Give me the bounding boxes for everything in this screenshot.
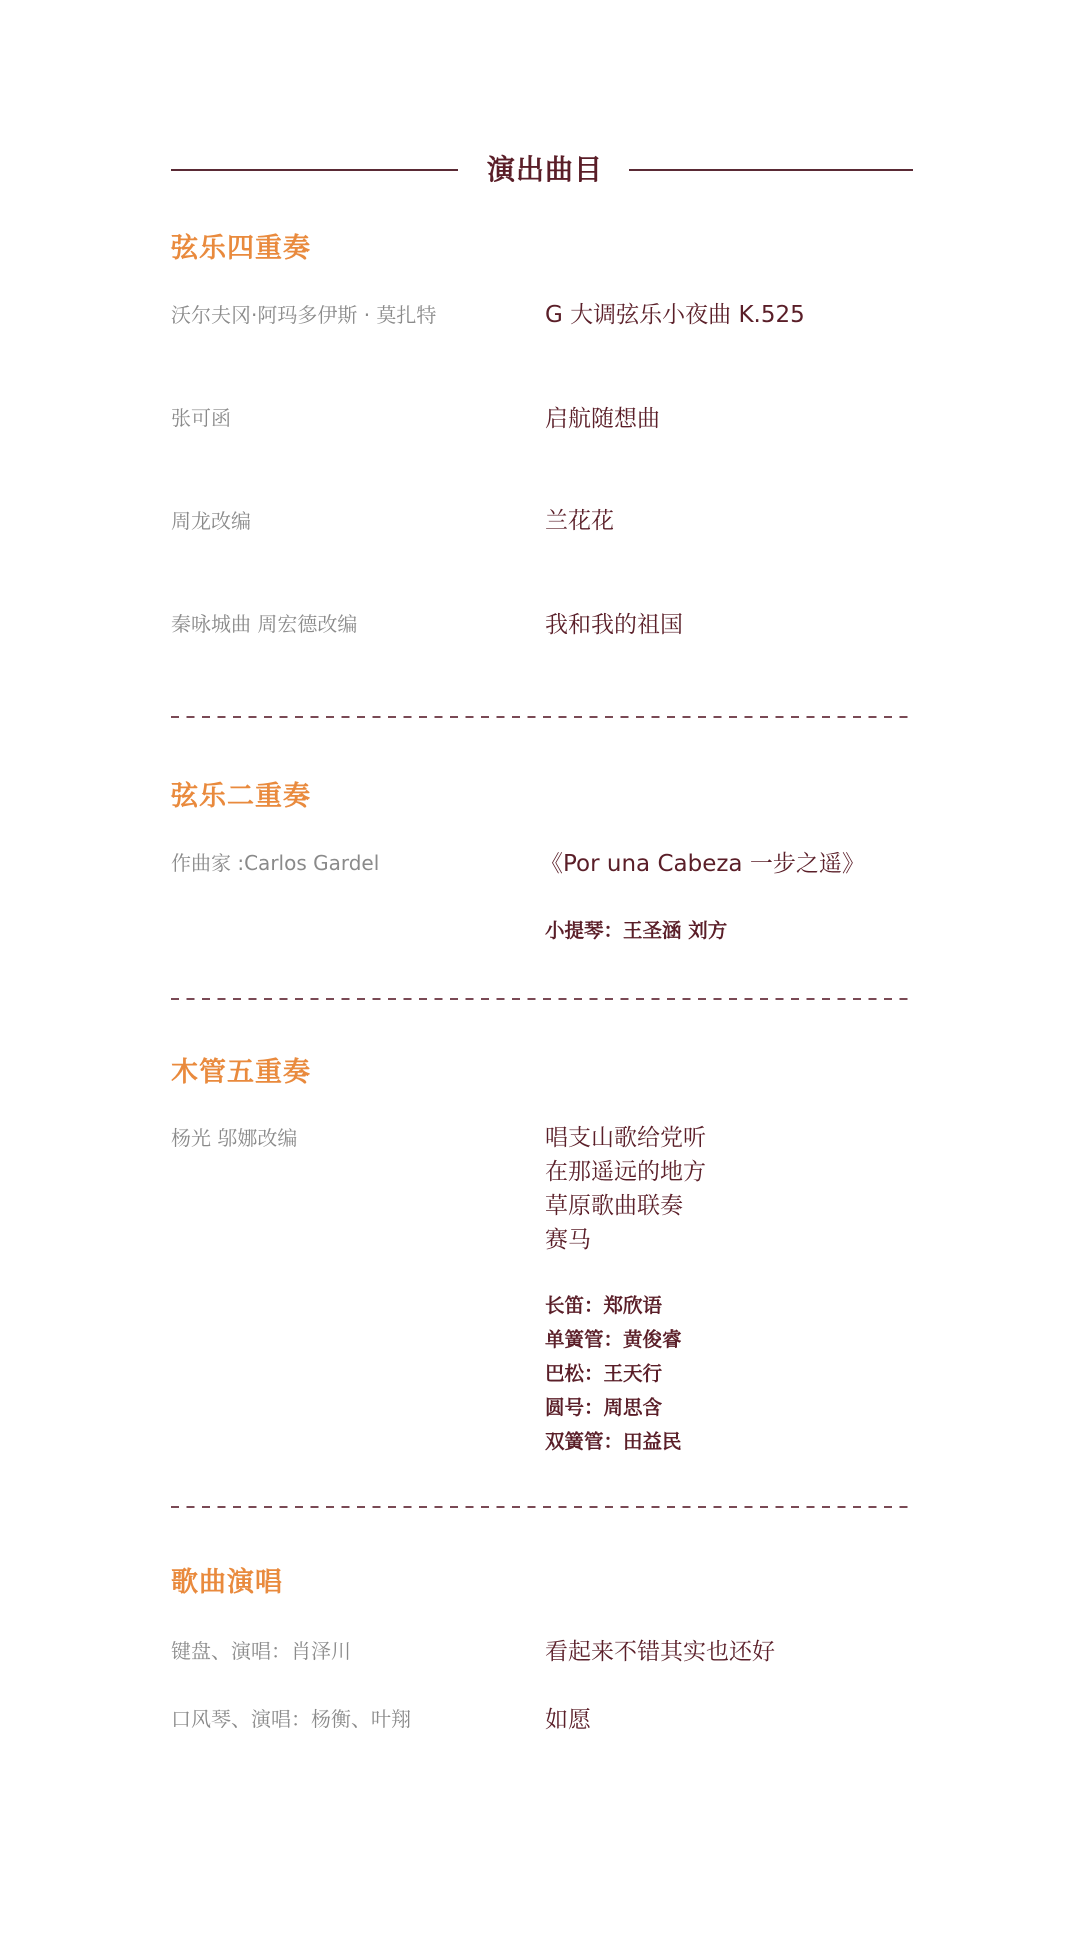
composer: 秦咏城曲 周宏德改编 <box>171 611 357 637</box>
section-heading: 木管五重奏 <box>171 1056 311 1090</box>
performer-line: 双簧管：田益民 <box>545 1429 682 1455</box>
piece-title: 我和我的祖国 <box>545 610 683 640</box>
section-heading: 歌曲演唱 <box>171 1566 283 1600</box>
piece-title: 启航随想曲 <box>545 404 660 434</box>
performer-line: 小提琴：王圣涵 刘方 <box>545 918 727 944</box>
performer-line: 单簧管：黄俊睿 <box>545 1327 682 1353</box>
dashed-divider <box>171 998 915 1000</box>
piece-title: 《Por una Cabeza 一步之遥》 <box>540 849 865 879</box>
composer: 杨光 邬娜改编 <box>171 1125 297 1151</box>
title-rule-left <box>171 169 458 171</box>
piece-title: 唱支山歌给党听 <box>545 1123 706 1153</box>
composer: 作曲家 :Carlos Gardel <box>171 850 379 876</box>
performer-line: 巴松：王天行 <box>545 1361 662 1387</box>
composer: 口风琴、演唱：杨衡、叶翔 <box>171 1706 411 1732</box>
performer-line: 圆号：周思含 <box>545 1395 662 1421</box>
piece-title: 兰花花 <box>545 506 614 536</box>
dashed-divider <box>171 1506 915 1508</box>
title-rule-right <box>629 169 913 171</box>
piece-title: G 大调弦乐小夜曲 K.525 <box>545 300 805 330</box>
section-heading: 弦乐四重奏 <box>171 232 311 266</box>
piece-title: 草原歌曲联奏 <box>545 1191 683 1221</box>
composer: 键盘、演唱：肖泽川 <box>171 1638 351 1664</box>
composer: 周龙改编 <box>171 508 251 534</box>
composer: 沃尔夫冈·阿玛多伊斯 · 莫扎特 <box>171 302 436 328</box>
performer-line: 长笛：郑欣语 <box>545 1293 662 1319</box>
section-heading: 弦乐二重奏 <box>171 780 311 814</box>
piece-title: 看起来不错其实也还好 <box>545 1637 775 1667</box>
composer: 张可函 <box>171 405 231 431</box>
piece-title: 赛马 <box>545 1225 591 1255</box>
page-title: 演出曲目 <box>487 153 603 187</box>
dashed-divider <box>171 716 915 718</box>
piece-title: 如愿 <box>545 1705 591 1735</box>
piece-title: 在那遥远的地方 <box>545 1157 706 1187</box>
